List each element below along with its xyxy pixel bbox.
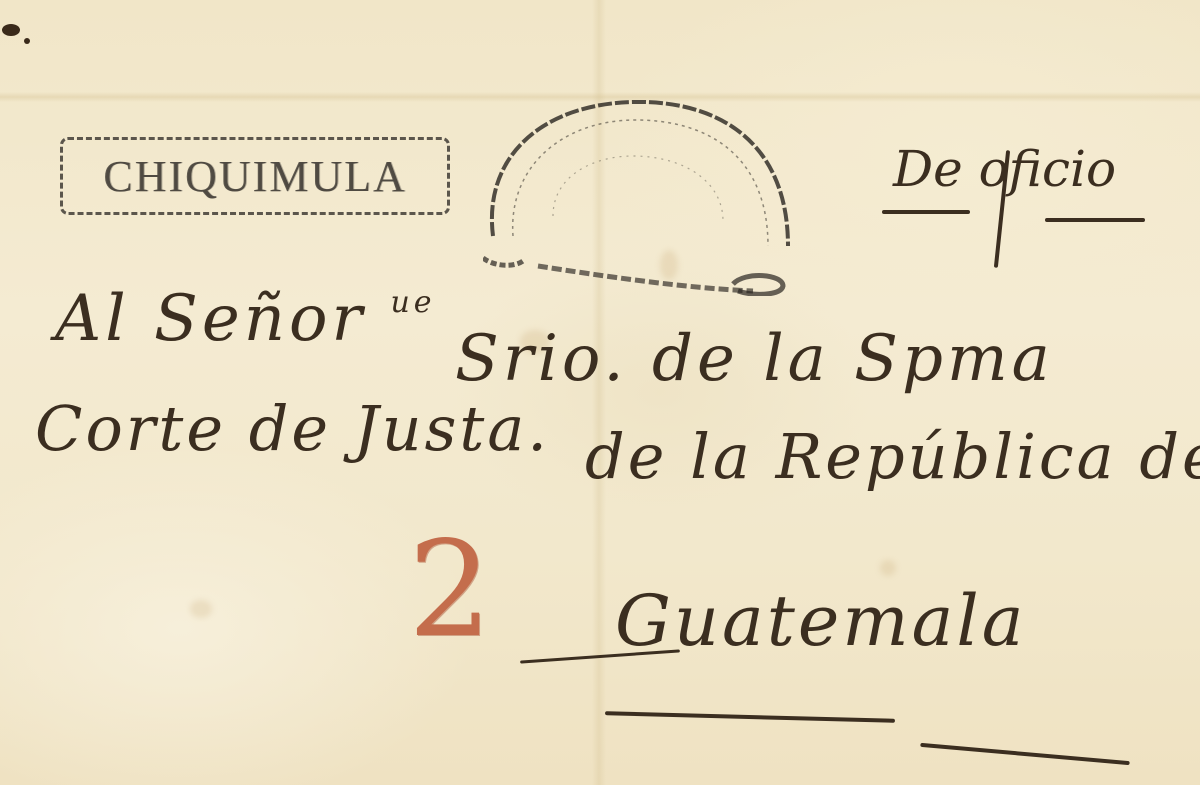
annotation-underline-right	[1045, 218, 1145, 222]
annotation-underline-left	[882, 210, 970, 214]
paper-stain	[190, 600, 212, 618]
paper-stain	[880, 560, 896, 576]
address-line-2b: de la República de	[585, 420, 1200, 493]
address-line-2a: Corte de Justa.	[35, 392, 550, 465]
address-salutation: Al Señor	[55, 282, 366, 356]
address-line-1b: Srio. de la Spma	[455, 322, 1054, 396]
town-postmark-text: CHIQUIMULA	[103, 151, 407, 202]
address-line-1a: Al Señor ue	[55, 282, 436, 356]
ink-speck	[2, 24, 20, 36]
oval-seal-icon	[483, 96, 793, 296]
ink-speck	[24, 38, 30, 44]
oval-official-seal	[483, 96, 793, 296]
address-superscript: ue	[390, 285, 435, 320]
rate-numeral-red: 2	[400, 520, 500, 660]
town-postmark-box: CHIQUIMULA	[60, 137, 450, 215]
